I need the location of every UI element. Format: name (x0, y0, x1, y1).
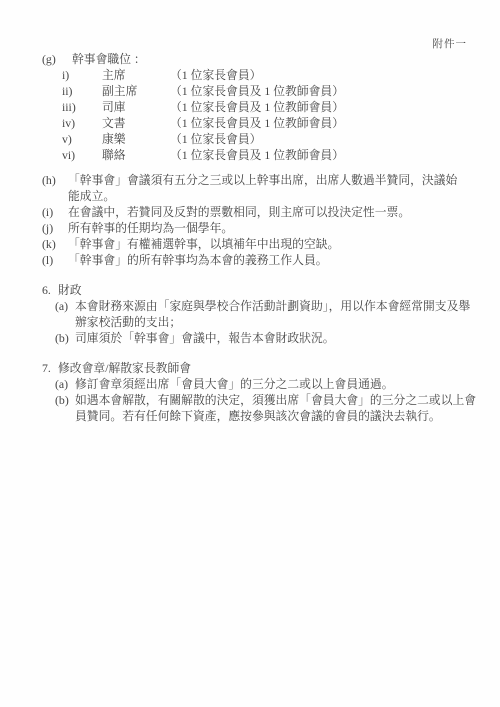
officer-positions-list: i) 主席 （1 位家長會員） ii) 副主席 （1 位家長會員及 1 位教師會… (42, 67, 488, 163)
position-detail: （1 位家長會員及 1 位教師會員） (170, 147, 488, 163)
clause-g-title: 幹事會職位 ： (72, 51, 146, 67)
clause-l: (l) 「幹事會」的所有幹事均為本會的義務工作人員。 (42, 252, 488, 268)
section-items: (a) 修訂會章須經出席「會員大會」的三分之二或以上會員通過。 (b) 如遇本會… (42, 376, 488, 424)
section-number: 6. (42, 282, 58, 298)
clause-k: (k) 「幹事會」有權補選幹事，以填補年中出現的空缺。 (42, 236, 488, 252)
position-row: iii) 司庫 （1 位家長會員及 1 位教師會員） (42, 99, 488, 115)
clause-j: (j) 所有幹事的任期均為一個學年。 (42, 220, 488, 236)
position-title: 聯絡 (102, 147, 170, 163)
section-title: 修改會章/解散家長教師會 (58, 360, 191, 376)
attachment-label: 附件一 (433, 36, 468, 51)
section-item-b: (b) 如遇本會解散，有關解散的決定，須獲出席「會員大會」的三分之二或以上會 員… (55, 392, 488, 424)
position-number: iv) (62, 115, 102, 131)
clause-label: (i) (42, 204, 68, 220)
item-label: (a) (55, 376, 75, 392)
item-text: 司庫須於「幹事會」會議中，報告本會財政狀況。 (75, 330, 488, 346)
position-row: vi) 聯絡 （1 位家長會員及 1 位教師會員） (42, 147, 488, 163)
document-page: 附件一 (g) 幹事會職位 ： i) 主席 （1 位家長會員） ii) 副主席 … (0, 0, 500, 707)
clause-g-heading: (g) 幹事會職位 ： (42, 51, 488, 67)
clause-i: (i) 在會議中，若贊同及反對的票數相同，則主席可以投決定性一票。 (42, 204, 488, 220)
clause-label: (l) (42, 252, 68, 268)
item-text: 如遇本會解散，有關解散的決定，須獲出席「會員大會」的三分之二或以上會 員贊同。若… (75, 392, 488, 424)
item-text: 本會財務來源由「家庭與學校合作活動計劃資助」，用以作本會經常開支及舉 辦家校活動… (75, 298, 488, 330)
section-item-b: (b) 司庫須於「幹事會」會議中，報告本會財政狀況。 (55, 330, 488, 346)
clause-text: 在會議中，若贊同及反對的票數相同，則主席可以投決定性一票。 (68, 204, 488, 220)
clause-text: 「幹事會」會議須有五分之三或以上幹事出席，出席人數過半贊同，決議始 能成立。 (68, 172, 488, 204)
position-title: 副主席 (102, 83, 170, 99)
position-row: ii) 副主席 （1 位家長會員及 1 位教師會員） (42, 83, 488, 99)
position-row: iv) 文書 （1 位家長會員及 1 位教師會員） (42, 115, 488, 131)
clauses-h-to-l: (h) 「幹事會」會議須有五分之三或以上幹事出席，出席人數過半贊同，決議始 能成… (42, 172, 488, 268)
item-text: 修訂會章須經出席「會員大會」的三分之二或以上會員通過。 (75, 376, 488, 392)
section-item-a: (a) 修訂會章須經出席「會員大會」的三分之二或以上會員通過。 (55, 376, 488, 392)
position-number: vi) (62, 147, 102, 163)
position-number: ii) (62, 83, 102, 99)
position-detail: （1 位家長會員） (170, 67, 488, 83)
position-title: 文書 (102, 115, 170, 131)
clause-text: 所有幹事的任期均為一個學年。 (68, 220, 488, 236)
item-label: (b) (55, 392, 75, 424)
section-number: 7. (42, 360, 58, 376)
position-number: iii) (62, 99, 102, 115)
position-detail: （1 位家長會員） (170, 131, 488, 147)
section-amendment-dissolution: 7. 修改會章/解散家長教師會 (a) 修訂會章須經出席「會員大會」的三分之二或… (42, 360, 488, 424)
position-title: 康樂 (102, 131, 170, 147)
item-label: (b) (55, 330, 75, 346)
document-body: (g) 幹事會職位 ： i) 主席 （1 位家長會員） ii) 副主席 （1 位… (42, 51, 488, 424)
position-title: 主席 (102, 67, 170, 83)
position-detail: （1 位家長會員及 1 位教師會員） (170, 115, 488, 131)
section-items: (a) 本會財務來源由「家庭與學校合作活動計劃資助」，用以作本會經常開支及舉 辦… (42, 298, 488, 346)
clause-h: (h) 「幹事會」會議須有五分之三或以上幹事出席，出席人數過半贊同，決議始 能成… (42, 172, 488, 204)
item-label: (a) (55, 298, 75, 330)
section-heading: 7. 修改會章/解散家長教師會 (42, 360, 488, 376)
position-title: 司庫 (102, 99, 170, 115)
position-detail: （1 位家長會員及 1 位教師會員） (170, 83, 488, 99)
clause-label: (g) (42, 51, 72, 67)
clause-text: 「幹事會」的所有幹事均為本會的義務工作人員。 (68, 252, 488, 268)
clause-label: (k) (42, 236, 68, 252)
section-title: 財政 (58, 282, 82, 298)
position-number: v) (62, 131, 102, 147)
position-number: i) (62, 67, 102, 83)
section-finance: 6. 財政 (a) 本會財務來源由「家庭與學校合作活動計劃資助」，用以作本會經常… (42, 282, 488, 346)
clause-label: (h) (42, 172, 68, 204)
position-row: v) 康樂 （1 位家長會員） (42, 131, 488, 147)
clause-text: 「幹事會」有權補選幹事，以填補年中出現的空缺。 (68, 236, 488, 252)
position-detail: （1 位家長會員及 1 位教師會員） (170, 99, 488, 115)
section-item-a: (a) 本會財務來源由「家庭與學校合作活動計劃資助」，用以作本會經常開支及舉 辦… (55, 298, 488, 330)
position-row: i) 主席 （1 位家長會員） (42, 67, 488, 83)
clause-label: (j) (42, 220, 68, 236)
section-heading: 6. 財政 (42, 282, 488, 298)
